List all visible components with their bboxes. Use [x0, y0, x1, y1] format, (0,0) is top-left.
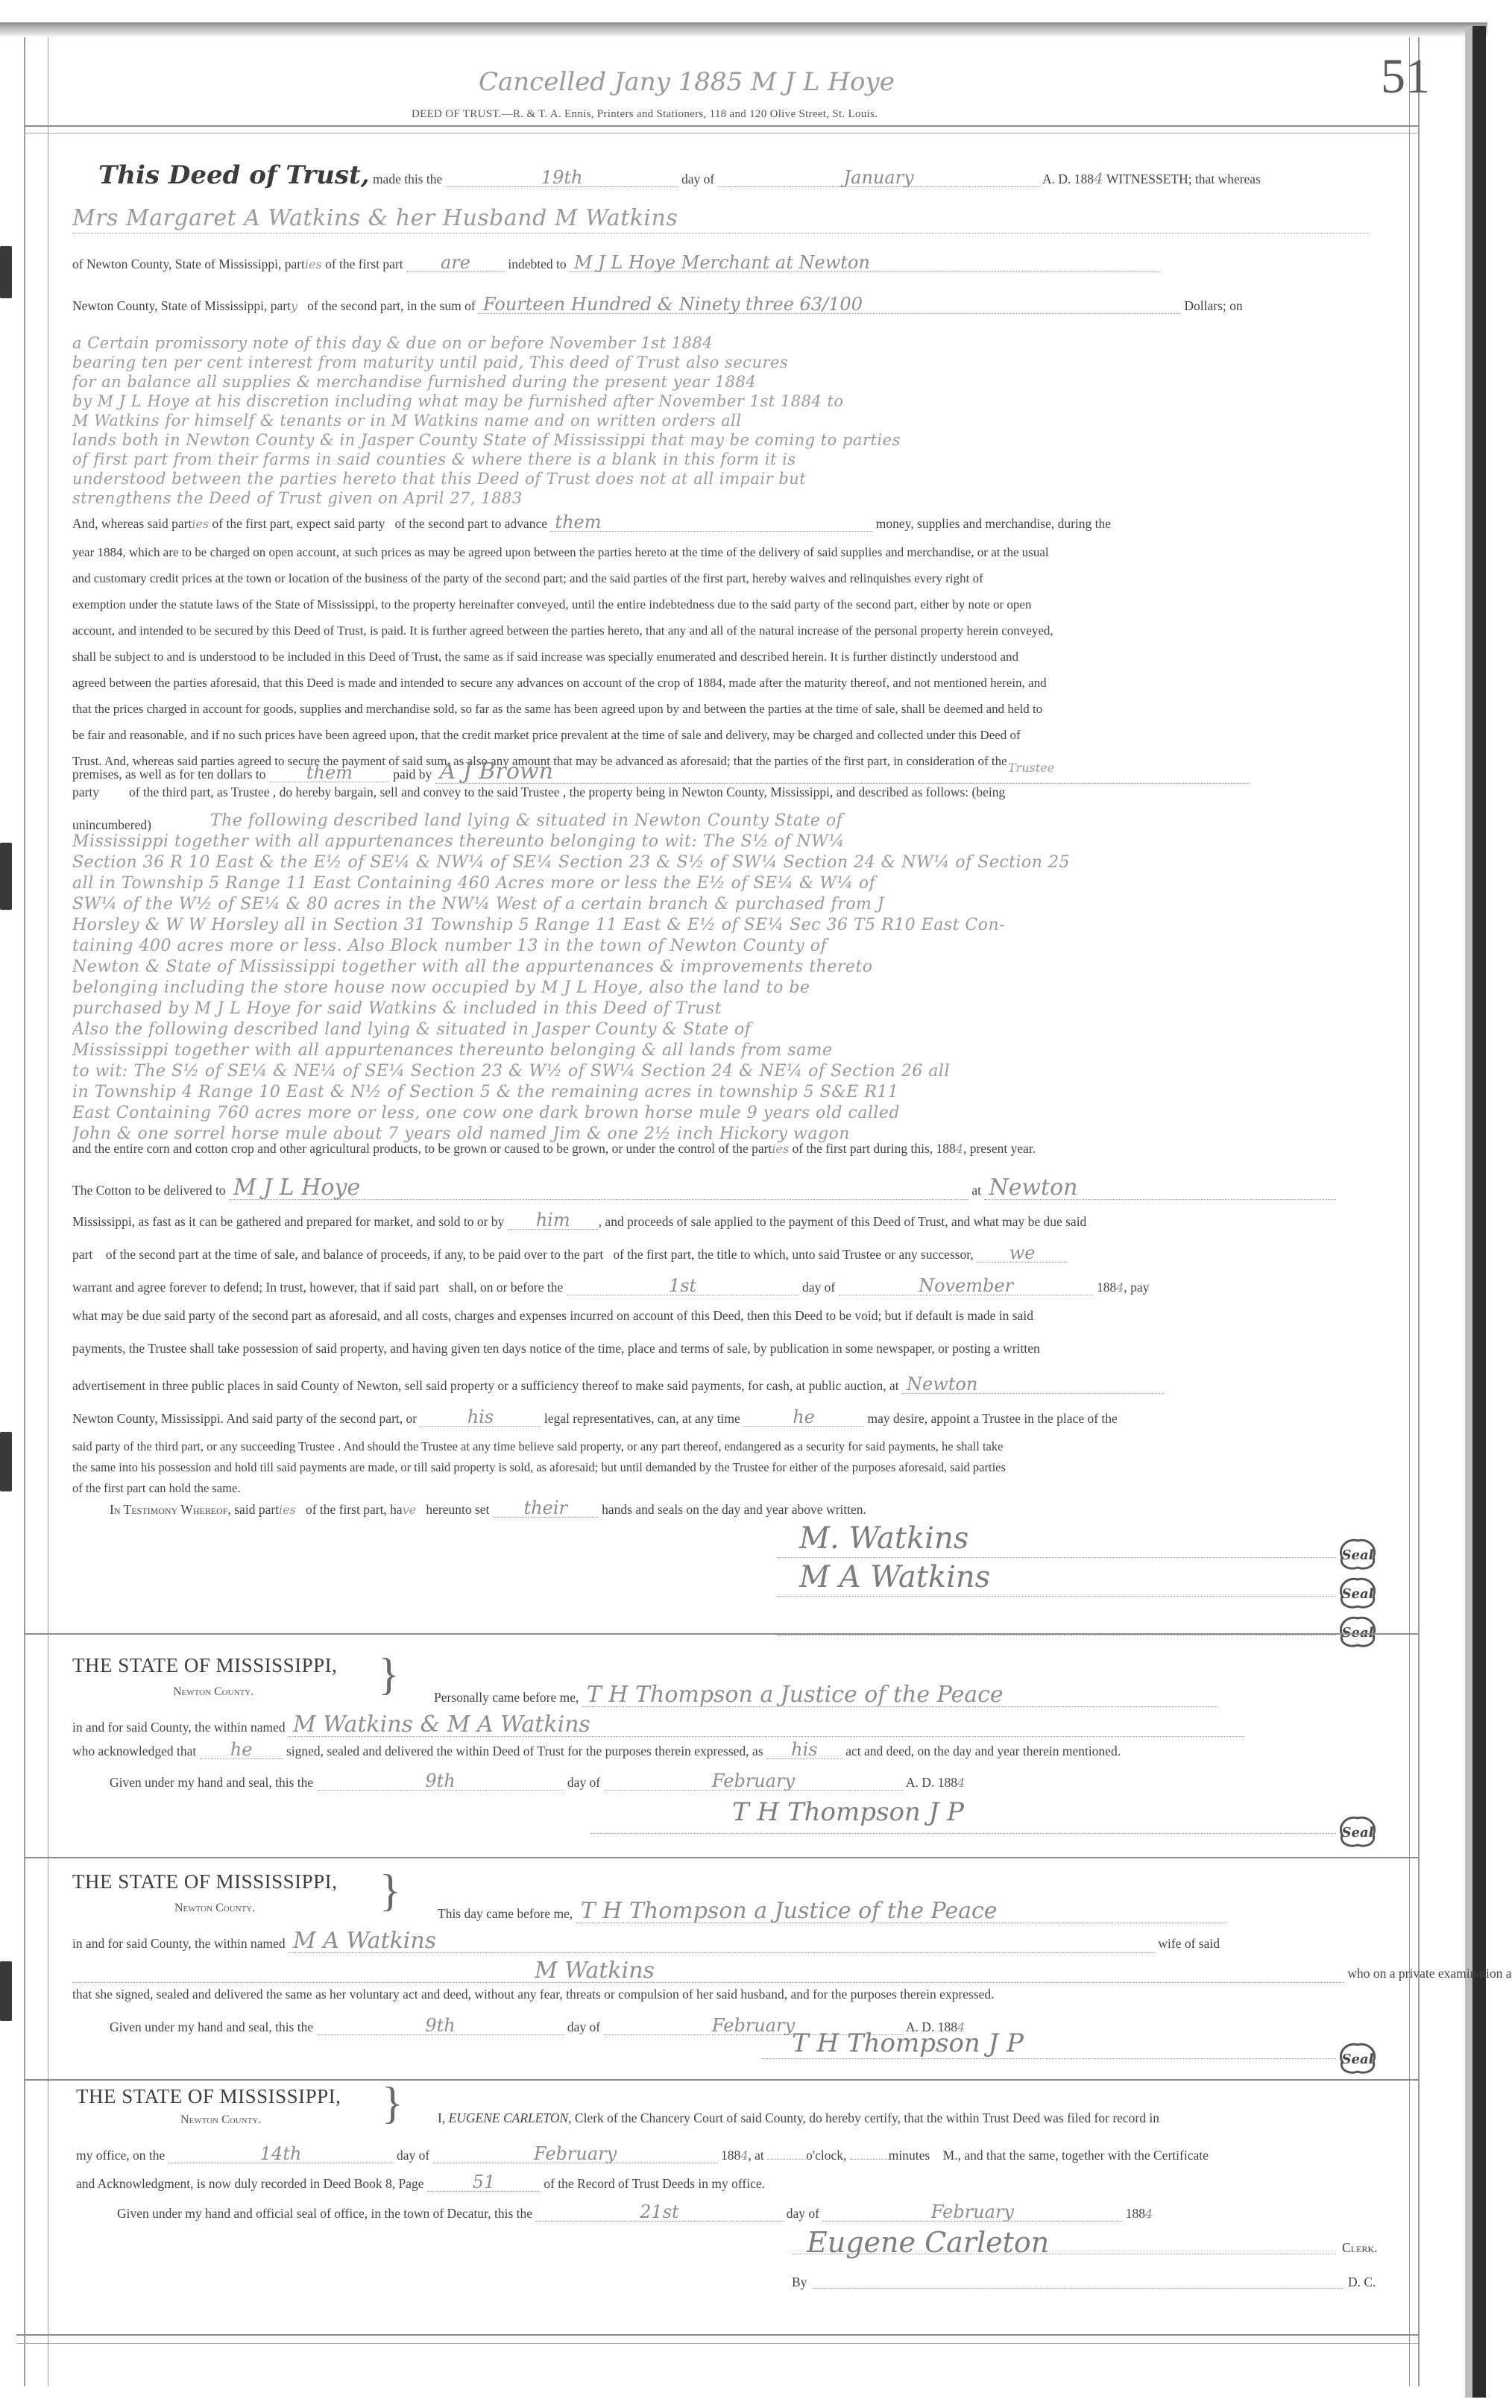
label: shall, on or before the — [449, 1280, 563, 1295]
husband-field: M Watkins — [72, 1960, 1344, 1983]
justice-signature: T H Thompson J P — [792, 2028, 1024, 2058]
scan-edge-top — [0, 22, 1487, 37]
advances-body-line: be fair and reasonable, and if no such p… — [72, 729, 1381, 741]
label: A. D. 188 — [906, 1775, 957, 1790]
printer-line: DEED OF TRUST.—R. & T. A. Ennis, Printer… — [412, 108, 878, 121]
voluntary-act-line: that she signed, sealed and delivered th… — [72, 1988, 995, 2002]
clause-line: said party of the third part, or any suc… — [72, 1441, 1003, 1453]
label: indebted to — [508, 257, 566, 271]
label: premises, as well as for ten dollars to — [72, 767, 266, 782]
his-field: his — [420, 1408, 541, 1427]
dotted-rule — [72, 233, 1370, 233]
named-field: M A Watkins — [289, 1930, 1155, 1953]
month-field: January — [718, 169, 1040, 187]
year-field: 4 — [1094, 169, 1103, 187]
label: , at — [748, 2148, 763, 2163]
label: Newton County, State of Mississippi, par… — [72, 298, 291, 313]
border-rule — [48, 37, 48, 2386]
suffix-field: ies — [305, 257, 322, 271]
them-field: them — [269, 764, 390, 782]
warrant-line: warrant and agree forever to defend; In … — [72, 1277, 1149, 1295]
ledger-tab-mark — [0, 1961, 12, 2021]
label: 188 — [721, 2148, 740, 2163]
grantor-signature: M A Watkins — [799, 1560, 990, 1594]
state-heading: THE STATE OF MISSISSIPPI, — [76, 2085, 341, 2108]
auction-line: advertisement in three public places in … — [72, 1375, 1165, 1394]
state-heading: THE STATE OF MISSISSIPPI, — [72, 1870, 337, 1893]
clerk-label: Clerk. — [1342, 2242, 1377, 2255]
advance-field: them — [550, 513, 872, 532]
handwritten-term-line: lands both in Newton County & in Jasper … — [72, 431, 1381, 449]
dc-label: D. C. — [1348, 2276, 1376, 2289]
suffix-field: ies — [772, 1142, 789, 1156]
label: who on a private examination apart from … — [1347, 1966, 1512, 1981]
day-field: 19th — [446, 169, 678, 187]
label: , and proceeds of sale applied to the pa… — [599, 1214, 1087, 1229]
handwritten-term-line: understood between the parties hereto th… — [72, 470, 1381, 488]
label: WITNESSETH; that whereas — [1106, 172, 1261, 186]
suffix-field: ies — [192, 517, 209, 531]
property-description-line: purchased by M J L Hoye for said Watkins… — [72, 999, 1381, 1018]
label: said part — [234, 1502, 279, 1517]
clause-line: of the first part can hold the same. — [72, 1483, 240, 1495]
we-field: we — [977, 1244, 1068, 1263]
filed-day-field: 14th — [168, 2145, 394, 2163]
day-field: 9th — [317, 2016, 564, 2035]
advances-body-line: and customary credit prices at the town … — [72, 572, 1381, 585]
scan-binding-edge — [1465, 26, 1472, 2398]
year-field: 4 — [1116, 1280, 1124, 1295]
state-heading: THE STATE OF MISSISSIPPI, — [72, 1654, 337, 1677]
advances-body-line: account, and intended to be secured by t… — [72, 624, 1381, 637]
label: of the second part, in the sum of — [307, 298, 476, 313]
label: Personally came before me, — [434, 1690, 579, 1705]
advances-body-line: year 1884, which are to be charged on op… — [72, 546, 1381, 559]
label: This day came before me, — [438, 1906, 573, 1921]
property-description-line: taining 400 acres more or less. Also Blo… — [72, 937, 1381, 955]
label: who acknowledged that — [72, 1744, 196, 1758]
label: M., and that the same, together with the… — [943, 2148, 1209, 2163]
clerk-cert-line: I, EUGENE CARLETON, Clerk of the Chancer… — [438, 2112, 1159, 2125]
label: day of — [567, 1775, 600, 1790]
month-field: February — [604, 1772, 904, 1791]
year-field: 4 — [956, 1142, 963, 1156]
advances-body-line: shall be subject to and is understood to… — [72, 650, 1381, 663]
header-rule — [24, 133, 1418, 133]
filed-month-field: February — [433, 2145, 718, 2163]
svg-text:Seal: Seal — [1342, 1825, 1374, 1840]
they-field: he — [200, 1741, 283, 1759]
due-month-field: November — [839, 1277, 1094, 1295]
sold-by-field: him — [508, 1211, 599, 1230]
year-field: 4 — [957, 1776, 965, 1790]
testimony-line: In Testimony Whereof, said parties of th… — [110, 1499, 866, 1518]
suffix-field: ve — [403, 1503, 417, 1517]
section-rule — [24, 2079, 1418, 2081]
label: , pay — [1124, 1280, 1149, 1295]
label: of the first part, expect said party — [212, 516, 385, 531]
clause-line: the same into his possession and hold ti… — [72, 1462, 1006, 1474]
bottom-rule — [16, 2343, 1418, 2344]
came-before-line: Personally came before me, T H Thompson … — [434, 1684, 1218, 1707]
label: warrant and agree forever to defend; In … — [72, 1280, 439, 1295]
handwritten-term-line: bearing ten per cent interest from matur… — [72, 353, 1381, 371]
seal-icon: Seal — [1336, 1574, 1379, 1611]
minutes-field — [850, 2159, 889, 2160]
label: in and for said County, the within named — [72, 1936, 286, 1951]
property-description-line: The following described land lying & sit… — [210, 811, 1381, 830]
label: Newton County, Mississippi. And said par… — [72, 1411, 417, 1426]
brace: } — [379, 1868, 401, 1913]
label: of Newton County, State of Mississippi, … — [72, 257, 305, 271]
label: 188 — [1097, 1280, 1116, 1295]
label: And, whereas said part — [72, 516, 192, 531]
clause-line: what may be due said party of the second… — [72, 1310, 1033, 1323]
trustee-margin-note: Trustee — [1008, 761, 1054, 775]
svg-text:Seal: Seal — [1342, 1586, 1374, 1602]
label: at — [971, 1183, 981, 1198]
third-part-line: partyof the third part, as Trustee , do … — [72, 786, 1381, 799]
signature-line — [777, 1557, 1336, 1558]
seal-icon: Seal — [1336, 1812, 1379, 1849]
filed-line: my office, on the 14th day of February 1… — [76, 2145, 1209, 2163]
label: Dollars; on — [1184, 298, 1242, 313]
label: of the first part, ha — [306, 1502, 403, 1517]
suffix-field: ies — [279, 1503, 296, 1517]
signature-line — [792, 2254, 1336, 2254]
year-field: 4 — [1145, 2207, 1153, 2221]
label: in and for said County, the within named — [72, 1720, 286, 1735]
label: and the entire corn and cotton crop and … — [72, 1141, 772, 1156]
unincumbered-label: unincumbered) — [72, 819, 151, 832]
their-field: their — [493, 1499, 599, 1518]
label: hands and seals on the day and year abov… — [602, 1502, 866, 1517]
trustee-field: A J Brown — [435, 761, 1250, 784]
label: Given under my hand and seal, this the — [110, 2019, 313, 2034]
parties-line: of Newton County, State of Mississippi, … — [72, 254, 1160, 272]
creditor-field: M J L Hoye Merchant at Newton — [570, 254, 1160, 272]
within-named-line: in and for said County, the within named… — [72, 1930, 1220, 1953]
label: day of — [802, 1280, 835, 1295]
given-line: Given under my hand and seal, this the 9… — [110, 1772, 965, 1791]
label: of the second part at the time of sale, … — [106, 1247, 604, 1262]
label: minutes — [889, 2148, 930, 2163]
label: unincumbered) — [72, 817, 151, 832]
ledger-tab-mark — [0, 246, 12, 298]
clerk-name: EUGENE CARLETON — [449, 2110, 569, 2125]
acknowledged-line: who acknowledged that he signed, sealed … — [72, 1741, 1121, 1759]
label: , Clerk of the Chancery Court of said Co… — [568, 2110, 1159, 2125]
property-description-line: Also the following described land lying … — [72, 1020, 1381, 1039]
border-rule — [1418, 37, 1420, 2386]
officer-field: T H Thompson a Justice of the Peace — [582, 1684, 1218, 1707]
label: In Testimony Whereof, — [110, 1502, 231, 1517]
label: , present year. — [963, 1141, 1036, 1156]
cotton-line: The Cotton to be delivered to M J L Hoye… — [72, 1177, 1336, 1200]
by-label: By — [792, 2276, 807, 2289]
handwritten-term-line: M Watkins for himself & tenants or in M … — [72, 412, 1381, 430]
label: 188 — [1126, 2206, 1145, 2221]
given-month-field: February — [822, 2203, 1122, 2222]
seal-icon: Seal — [1336, 2039, 1379, 2076]
signature-line — [777, 1596, 1336, 1597]
mississippi-line: Mississippi, as fast as it can be gather… — [72, 1211, 1086, 1230]
brace: } — [378, 1652, 400, 1697]
cotton-at-field: Newton — [984, 1177, 1336, 1200]
preamble-line: This Deed of Trust, made this the 19th d… — [98, 163, 1396, 188]
label: legal representatives, can, at any time — [544, 1411, 740, 1426]
officer-field: T H Thompson a Justice of the Peace — [576, 1900, 1226, 1923]
county-label: Newton County. — [173, 1685, 253, 1699]
label: wife of said — [1158, 1936, 1220, 1951]
clerk-given-line: Given under my hand and official seal of… — [117, 2203, 1153, 2222]
day-field: 9th — [317, 1772, 564, 1791]
seal-icon: Seal — [1336, 1612, 1379, 1650]
their-act-field: his — [766, 1741, 842, 1759]
came-before-line: This day came before me, T H Thompson a … — [438, 1900, 1226, 1923]
label: of the Record of Trust Deeds in my offic… — [544, 2176, 765, 2191]
label: Given under my hand and official seal of… — [117, 2206, 532, 2221]
he-field: he — [743, 1408, 864, 1427]
header-rule — [24, 125, 1418, 127]
label: party — [72, 785, 99, 799]
crop-line: and the entire corn and cotton crop and … — [72, 1142, 1036, 1156]
are-field: are — [406, 254, 505, 272]
county-label: Newton County. — [174, 1902, 255, 1915]
deed-title: This Deed of Trust, — [98, 160, 370, 190]
label: The Cotton to be delivered to — [72, 1183, 226, 1198]
label: signed, sealed and delivered the within … — [286, 1744, 763, 1758]
bottom-rule — [16, 2334, 1418, 2336]
label: day of — [787, 2206, 819, 2221]
label: of the first part — [325, 257, 403, 271]
handwritten-term-line: of first part from their farms in said c… — [72, 450, 1381, 468]
signature-line — [762, 2058, 1336, 2059]
handwritten-term-line: for an balance all supplies & merchandis… — [72, 373, 1381, 391]
handwritten-term-line: by M J L Hoye at his discretion includin… — [72, 392, 1381, 410]
label: part — [72, 1247, 92, 1262]
label: made this the — [373, 172, 442, 186]
section-rule — [24, 1857, 1418, 1858]
sum-field: Fourteen Hundred & Ninety three 63/100 — [479, 295, 1181, 314]
label: may desire, appoint a Trustee in the pla… — [867, 1411, 1117, 1426]
label: hereunto set — [426, 1502, 489, 1517]
deed-page: Cancelled Jany 1885 M J L Hoye 51 DEED O… — [16, 37, 1452, 2386]
svg-text:Seal: Seal — [1342, 1547, 1374, 1563]
handwritten-term-line: strengthens the Deed of Trust given on A… — [72, 489, 1381, 507]
sum-line: Newton County, State of Mississippi, par… — [72, 295, 1243, 314]
label: money, supplies and merchandise, during … — [876, 516, 1111, 531]
property-description-line: Section 36 R 10 East & the E½ of SE¼ & N… — [72, 853, 1381, 872]
margin-cancellation-note: Cancelled Jany 1885 M J L Hoye — [479, 67, 895, 97]
label: o'clock, — [806, 2148, 846, 2163]
deputy-line — [814, 2288, 1344, 2289]
advances-line: And, whereas said parties of the first p… — [72, 513, 1377, 532]
border-rule — [24, 37, 25, 2386]
signature-line — [777, 1635, 1336, 1635]
advances-body-line: exemption under the statute laws of the … — [72, 598, 1381, 611]
advances-body-line: that the prices charged in account for g… — [72, 702, 1381, 715]
property-description-line: SW¼ of the W½ of SE¼ & 80 acres in the N… — [72, 895, 1381, 914]
seal-icon: Seal — [1336, 1535, 1379, 1572]
property-description-line: East Containing 760 acres more or less, … — [72, 1104, 1381, 1122]
page-field: 51 — [427, 2173, 541, 2192]
due-day-field: 1st — [567, 1277, 799, 1295]
property-description-line: all in Township 5 Range 11 East Containi… — [72, 874, 1381, 893]
property-description-line: Mississippi together with all appurtenan… — [72, 1041, 1381, 1060]
label: paid by — [393, 767, 432, 782]
clause-line: payments, the Trustee shall take possess… — [72, 1342, 1040, 1356]
page-number: 51 — [1381, 48, 1430, 105]
label: I, — [438, 2110, 445, 2125]
grantors-field: Mrs Margaret A Watkins & her Husband M W… — [72, 205, 1370, 231]
property-description-line: in Township 4 Range 10 East & N½ of Sect… — [72, 1083, 1381, 1101]
auction-place-field: Newton — [902, 1375, 1165, 1394]
section-rule — [24, 1633, 1418, 1635]
label: day of — [681, 172, 714, 186]
scan-binding-shadow — [1472, 26, 1486, 2398]
suffix-field: y — [291, 299, 297, 313]
private-exam-line: M Watkins who on a private examination a… — [72, 1960, 1512, 1983]
cotton-delivered-to-field: M J L Hoye — [229, 1177, 968, 1200]
label: of the first part during this, 188 — [793, 1141, 956, 1156]
within-named-line: in and for said County, the within named… — [72, 1714, 1244, 1737]
property-description-line: belonging including the store house now … — [72, 978, 1381, 997]
label: act and deed, on the day and year therei… — [845, 1744, 1121, 1758]
premises-line: premises, as well as for ten dollars to … — [72, 761, 1250, 784]
property-description-line: Mississippi together with all appurtenan… — [72, 832, 1381, 851]
property-description-line: Newton & State of Mississippi together w… — [72, 958, 1381, 976]
named-field: M Watkins & M A Watkins — [289, 1714, 1244, 1737]
ledger-tab-mark — [0, 843, 12, 910]
label: advertisement in three public places in … — [72, 1378, 899, 1393]
brace: } — [382, 2081, 403, 2125]
handwritten-term-line: a Certain promissory note of this day & … — [72, 334, 1381, 352]
svg-text:Seal: Seal — [1342, 2052, 1374, 2067]
label: Mississippi, as fast as it can be gather… — [72, 1214, 504, 1229]
grantor-signature: M. Watkins — [799, 1521, 968, 1556]
county-label: Newton County. — [180, 2113, 261, 2127]
justice-signature: T H Thompson J P — [732, 1797, 964, 1827]
label: of the first part, the title to which, u… — [613, 1247, 973, 1262]
label: A. D. 188 — [1042, 172, 1094, 186]
label: Given under my hand and seal, this the — [110, 1775, 313, 1790]
signature-line — [590, 1833, 1336, 1834]
label: day of — [567, 2019, 600, 2034]
label: day of — [397, 2148, 429, 2163]
hour-field — [767, 2159, 806, 2160]
property-description-line: to wit: The S½ of SE¼ & NE¼ of SE¼ Secti… — [72, 1062, 1381, 1081]
label: of the second part to advance — [394, 516, 547, 531]
given-day-field: 21st — [535, 2203, 783, 2222]
recorded-line: and Acknowledgment, is now duly recorded… — [76, 2173, 765, 2192]
label: and Acknowledgment, is now duly recorded… — [76, 2176, 424, 2191]
label: of the third part, as Trustee , do hereb… — [129, 785, 1005, 799]
ledger-tab-mark — [0, 1432, 12, 1491]
property-description-line: Horsley & W W Horsley all in Section 31 … — [72, 916, 1381, 934]
border-rule — [1409, 37, 1410, 2386]
advances-body-line: agreed between the parties aforesaid, th… — [72, 676, 1381, 689]
year-field: 4 — [740, 2148, 748, 2163]
substitute-trustee-line: Newton County, Mississippi. And said par… — [72, 1408, 1118, 1427]
label: my office, on the — [76, 2148, 165, 2163]
proceeds-line: part of the second part at the time of s… — [72, 1244, 1068, 1263]
